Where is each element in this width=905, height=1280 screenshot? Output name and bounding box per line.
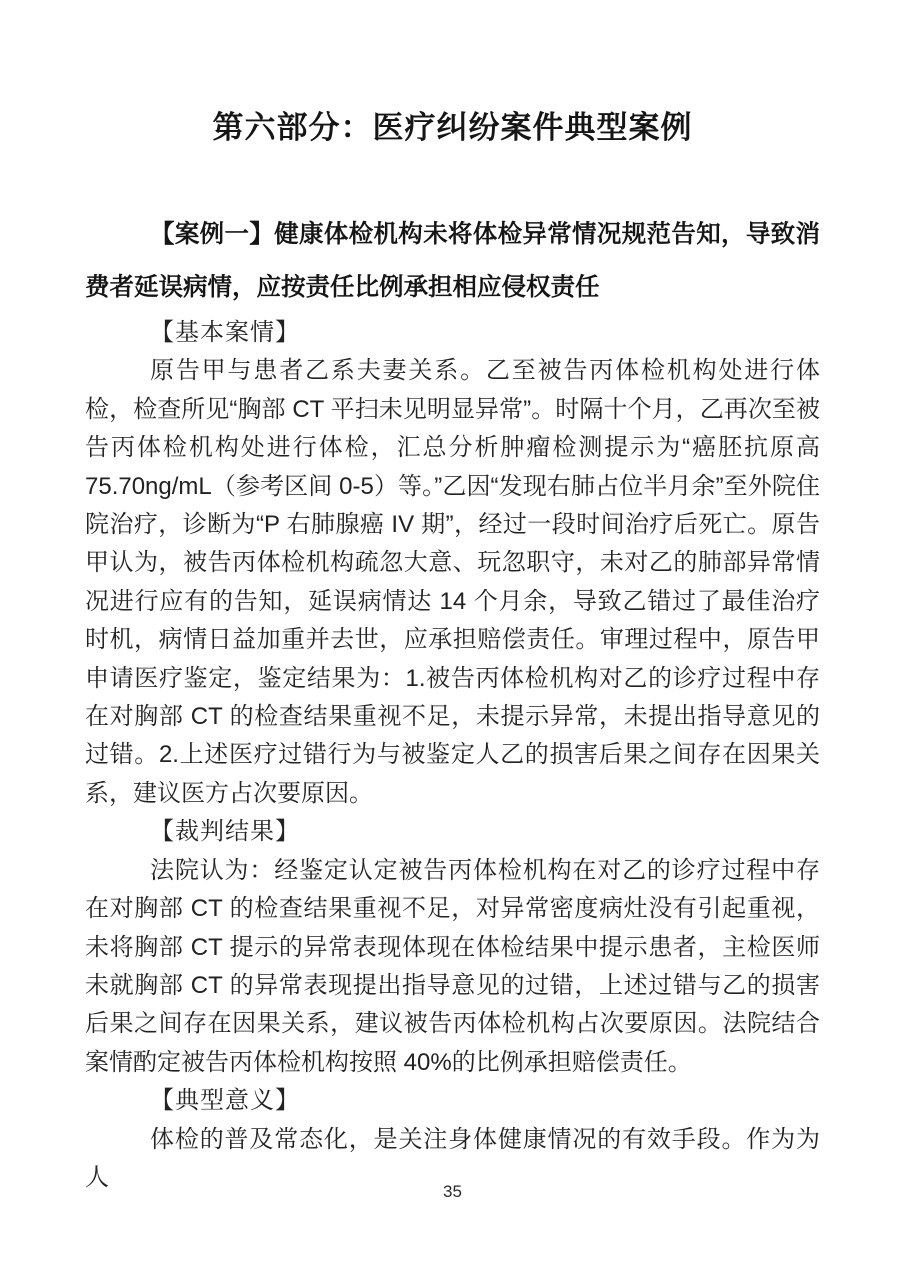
paragraph-judgment-result: 法院认为：经鉴定认定被告丙体检机构在对乙的诊疗过程中存在对胸部 CT 的检查结果…	[85, 852, 820, 1082]
page-number: 35	[0, 1182, 905, 1202]
section-label-typical-significance: 【典型意义】	[85, 1082, 820, 1120]
case-one-heading: 【案例一】健康体检机构未将体检异常情况规范告知，导致消费者延误病情，应按责任比例…	[85, 208, 820, 314]
section-label-basic-facts: 【基本案情】	[85, 314, 820, 352]
document-page: 第六部分：医疗纠纷案件典型案例 【案例一】健康体检机构未将体检异常情况规范告知，…	[0, 0, 905, 1280]
section-label-judgment-result: 【裁判结果】	[85, 813, 820, 851]
document-title: 第六部分：医疗纠纷案件典型案例	[0, 0, 905, 152]
document-body: 【基本案情】 原告甲与患者乙系夫妻关系。乙至被告丙体检机构处进行体检，检查所见“…	[85, 314, 820, 1197]
paragraph-basic-facts: 原告甲与患者乙系夫妻关系。乙至被告丙体检机构处进行体检，检查所见“胸部 CT 平…	[85, 352, 820, 813]
